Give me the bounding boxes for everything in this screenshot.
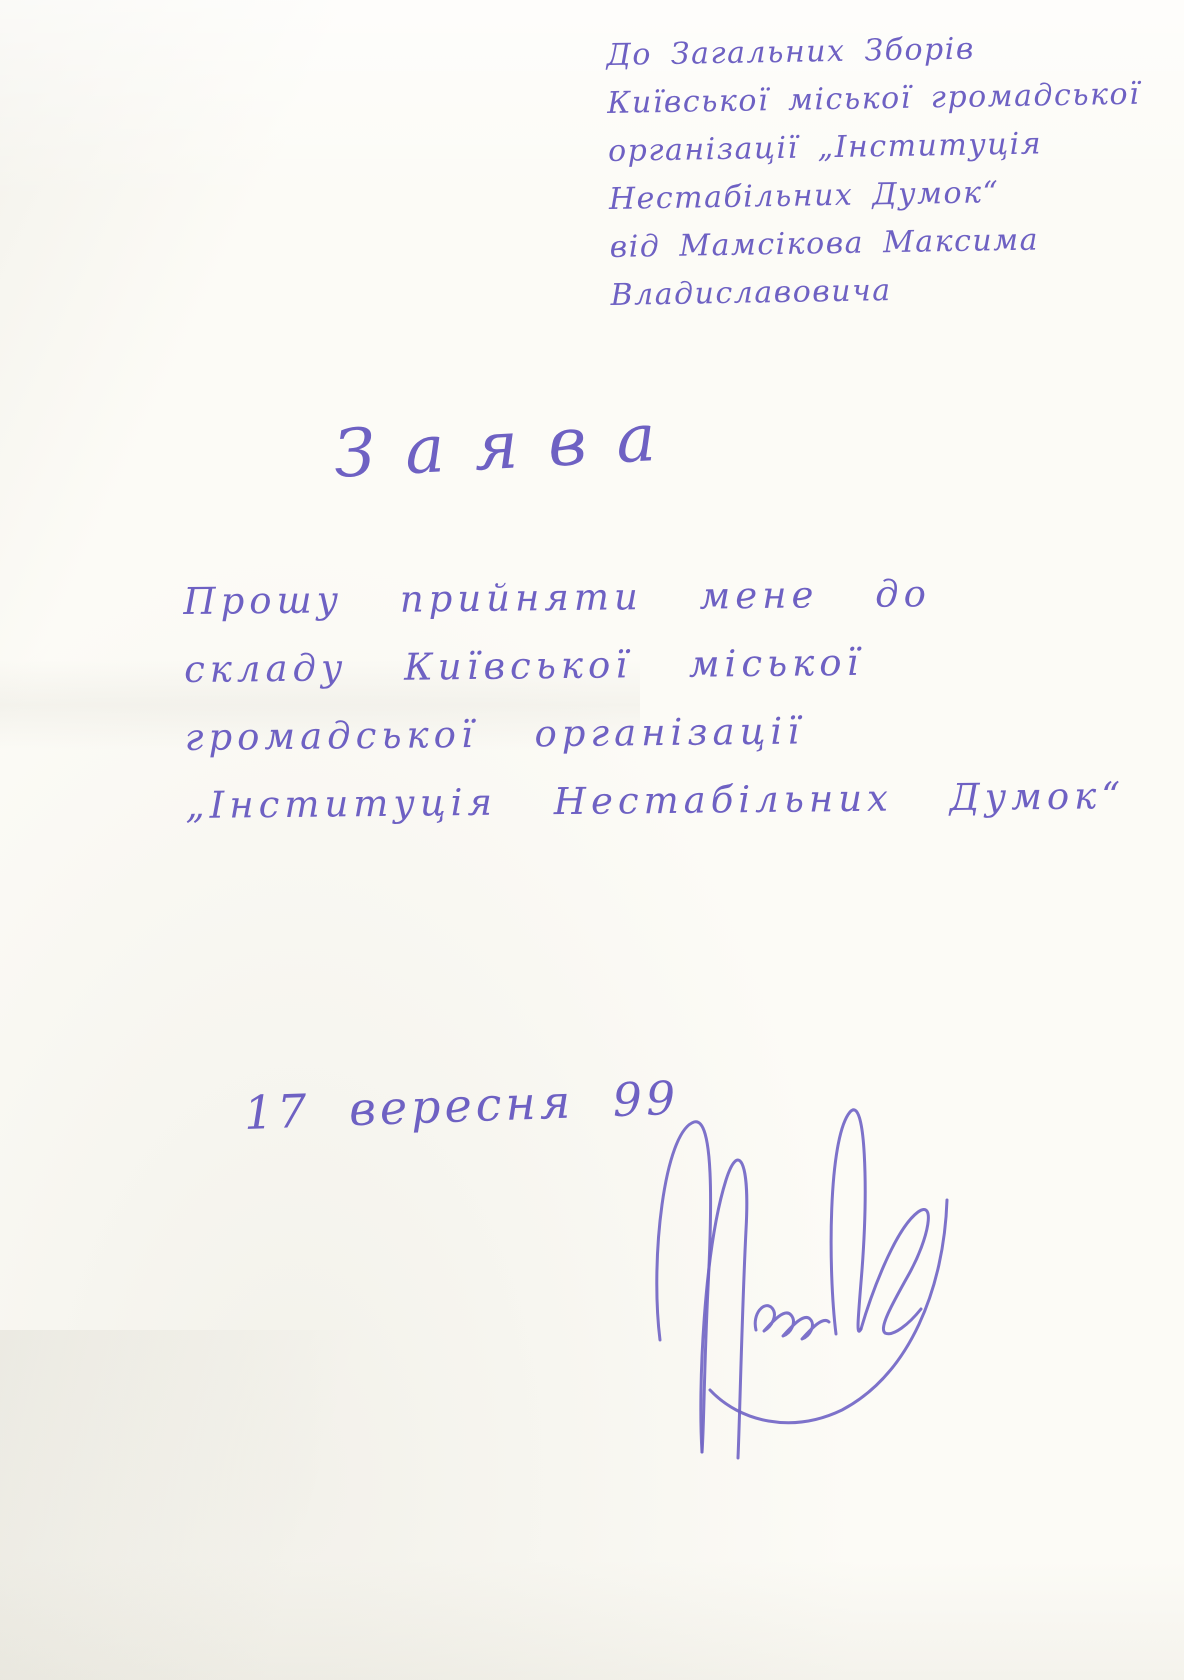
paper-crease bbox=[0, 1330, 560, 1680]
body-line: Прошу прийняти мене до bbox=[183, 558, 1123, 636]
body-line: громадської організації bbox=[184, 694, 1124, 772]
paper-crease bbox=[0, 1560, 1184, 1680]
body-line: „Інституція Нестабільних Думок“ bbox=[185, 762, 1125, 840]
letter-addressee-block: До Загальних Зборів Київської міської гр… bbox=[606, 23, 1144, 320]
letter-body: Прошу прийняти мене до складу Київської … bbox=[183, 558, 1126, 840]
header-line: Владиславовича bbox=[610, 263, 1144, 320]
letter-title: Заява bbox=[332, 398, 687, 493]
signature bbox=[598, 1028, 958, 1468]
scanned-document-page: До Загальних Зборів Київської міської гр… bbox=[0, 0, 1184, 1680]
body-line: складу Київської міської bbox=[184, 626, 1124, 704]
